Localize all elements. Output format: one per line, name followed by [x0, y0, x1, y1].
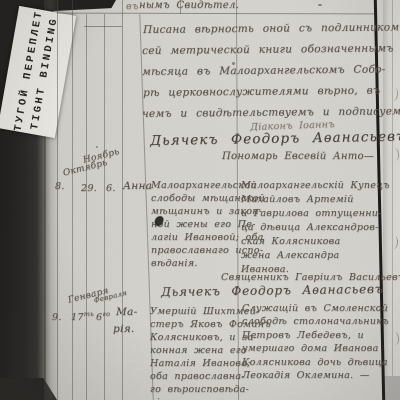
godparents-text-line: ская Колясникова: [241, 236, 340, 247]
column-rule: [122, 0, 123, 400]
day-suffix: го: [102, 310, 110, 318]
godparents-text-line: умершаго дома Иванова: [242, 343, 379, 354]
bottom-right-shadow-patch: [384, 376, 400, 400]
godparents-text-line: и Гаврилова отпущенни-: [241, 208, 382, 219]
parents-text-line: конная жена его: [150, 345, 247, 356]
godparents-text-line: слободѣ столоначальникъ: [242, 316, 389, 327]
scanned-document-page: ТУГОЙ ПЕРЕПЛЕТ TIGHT BINDING въ нымъ Сви…: [0, 0, 400, 400]
day-suffix: ть: [84, 310, 94, 318]
attestation-line: чемъ и свидѣтельствуемъ и подписуемся: [142, 105, 400, 120]
ponomar-signature: Пономарь Евсевій Анто—: [222, 151, 374, 162]
column-rule: [86, 14, 87, 400]
dyachok-signature: Дьячекъ Феодоръ Аѳанасьевъ: [150, 129, 400, 149]
parents-text-line: Колясниковъ, и за-: [150, 332, 257, 343]
entry-day-baptism: 6го: [96, 310, 110, 323]
godparents-text-line: Михайловъ Артемій: [241, 194, 354, 205]
entry-number: 9.: [52, 312, 62, 323]
godparents-text-line: Служащій въ Смоленской: [242, 303, 388, 314]
attestation-line: Писана вѣрность оной съ подлинникомъ: [143, 21, 400, 36]
parents-text-line: ной жены его Пе-: [151, 219, 256, 230]
header-fragment: въ: [126, 1, 138, 12]
godparents-text-line: Колясникова дочь дѣвица: [242, 357, 388, 368]
entry-day-birth: 29.: [81, 183, 97, 194]
ink-speck: [96, 146, 98, 148]
parents-text-line: Наталія Иванова;: [150, 358, 251, 369]
parents-text-line: вѣданія.: [151, 258, 198, 269]
column-rule: [72, 0, 73, 400]
ink-speck: [318, 4, 322, 6]
entry-number: 8.: [55, 181, 65, 192]
attestation-line: рѣ церковнослужителями вѣрно, въ: [143, 85, 380, 99]
dyachok-signature: Дьячекъ Феодоръ Аѳанасьевъ: [161, 282, 384, 299]
godparents-text-line: ца дѣвица Александров-: [241, 222, 379, 233]
attestation-line: мѣсяца въ Малоархангельскомъ Собо-: [142, 63, 386, 78]
short-column-rule: [84, 26, 122, 27]
godparents-text-line: Малоархангельскій Купецъ: [241, 180, 390, 191]
godparents-text-line: Петровъ Лебедевъ, и: [242, 330, 364, 341]
entry-name: Ма-: [116, 306, 137, 318]
column-rule: [57, 0, 58, 400]
entry-day-birth: 17ть: [71, 310, 94, 323]
godparents-text-line: жена Александра: [241, 250, 339, 261]
parents-text-line: го вѣроисповѣда-: [150, 384, 249, 395]
entry-name: Анна: [123, 180, 152, 192]
ink-speck: [232, 62, 235, 65]
attestation-line: сей метрической книги обозначеннымъ: [142, 42, 394, 57]
entry-day-baptism: 6.: [106, 183, 116, 194]
godparents-text-line: Леокадія Оклемина. —: [242, 370, 370, 381]
header-fragment: нымъ Свидѣтел.: [139, 0, 239, 11]
day-number: 17: [71, 312, 84, 323]
parents-text-line: оба православна-: [150, 371, 245, 382]
entry-name: рія.: [113, 323, 135, 335]
column-rule: [104, 14, 105, 400]
